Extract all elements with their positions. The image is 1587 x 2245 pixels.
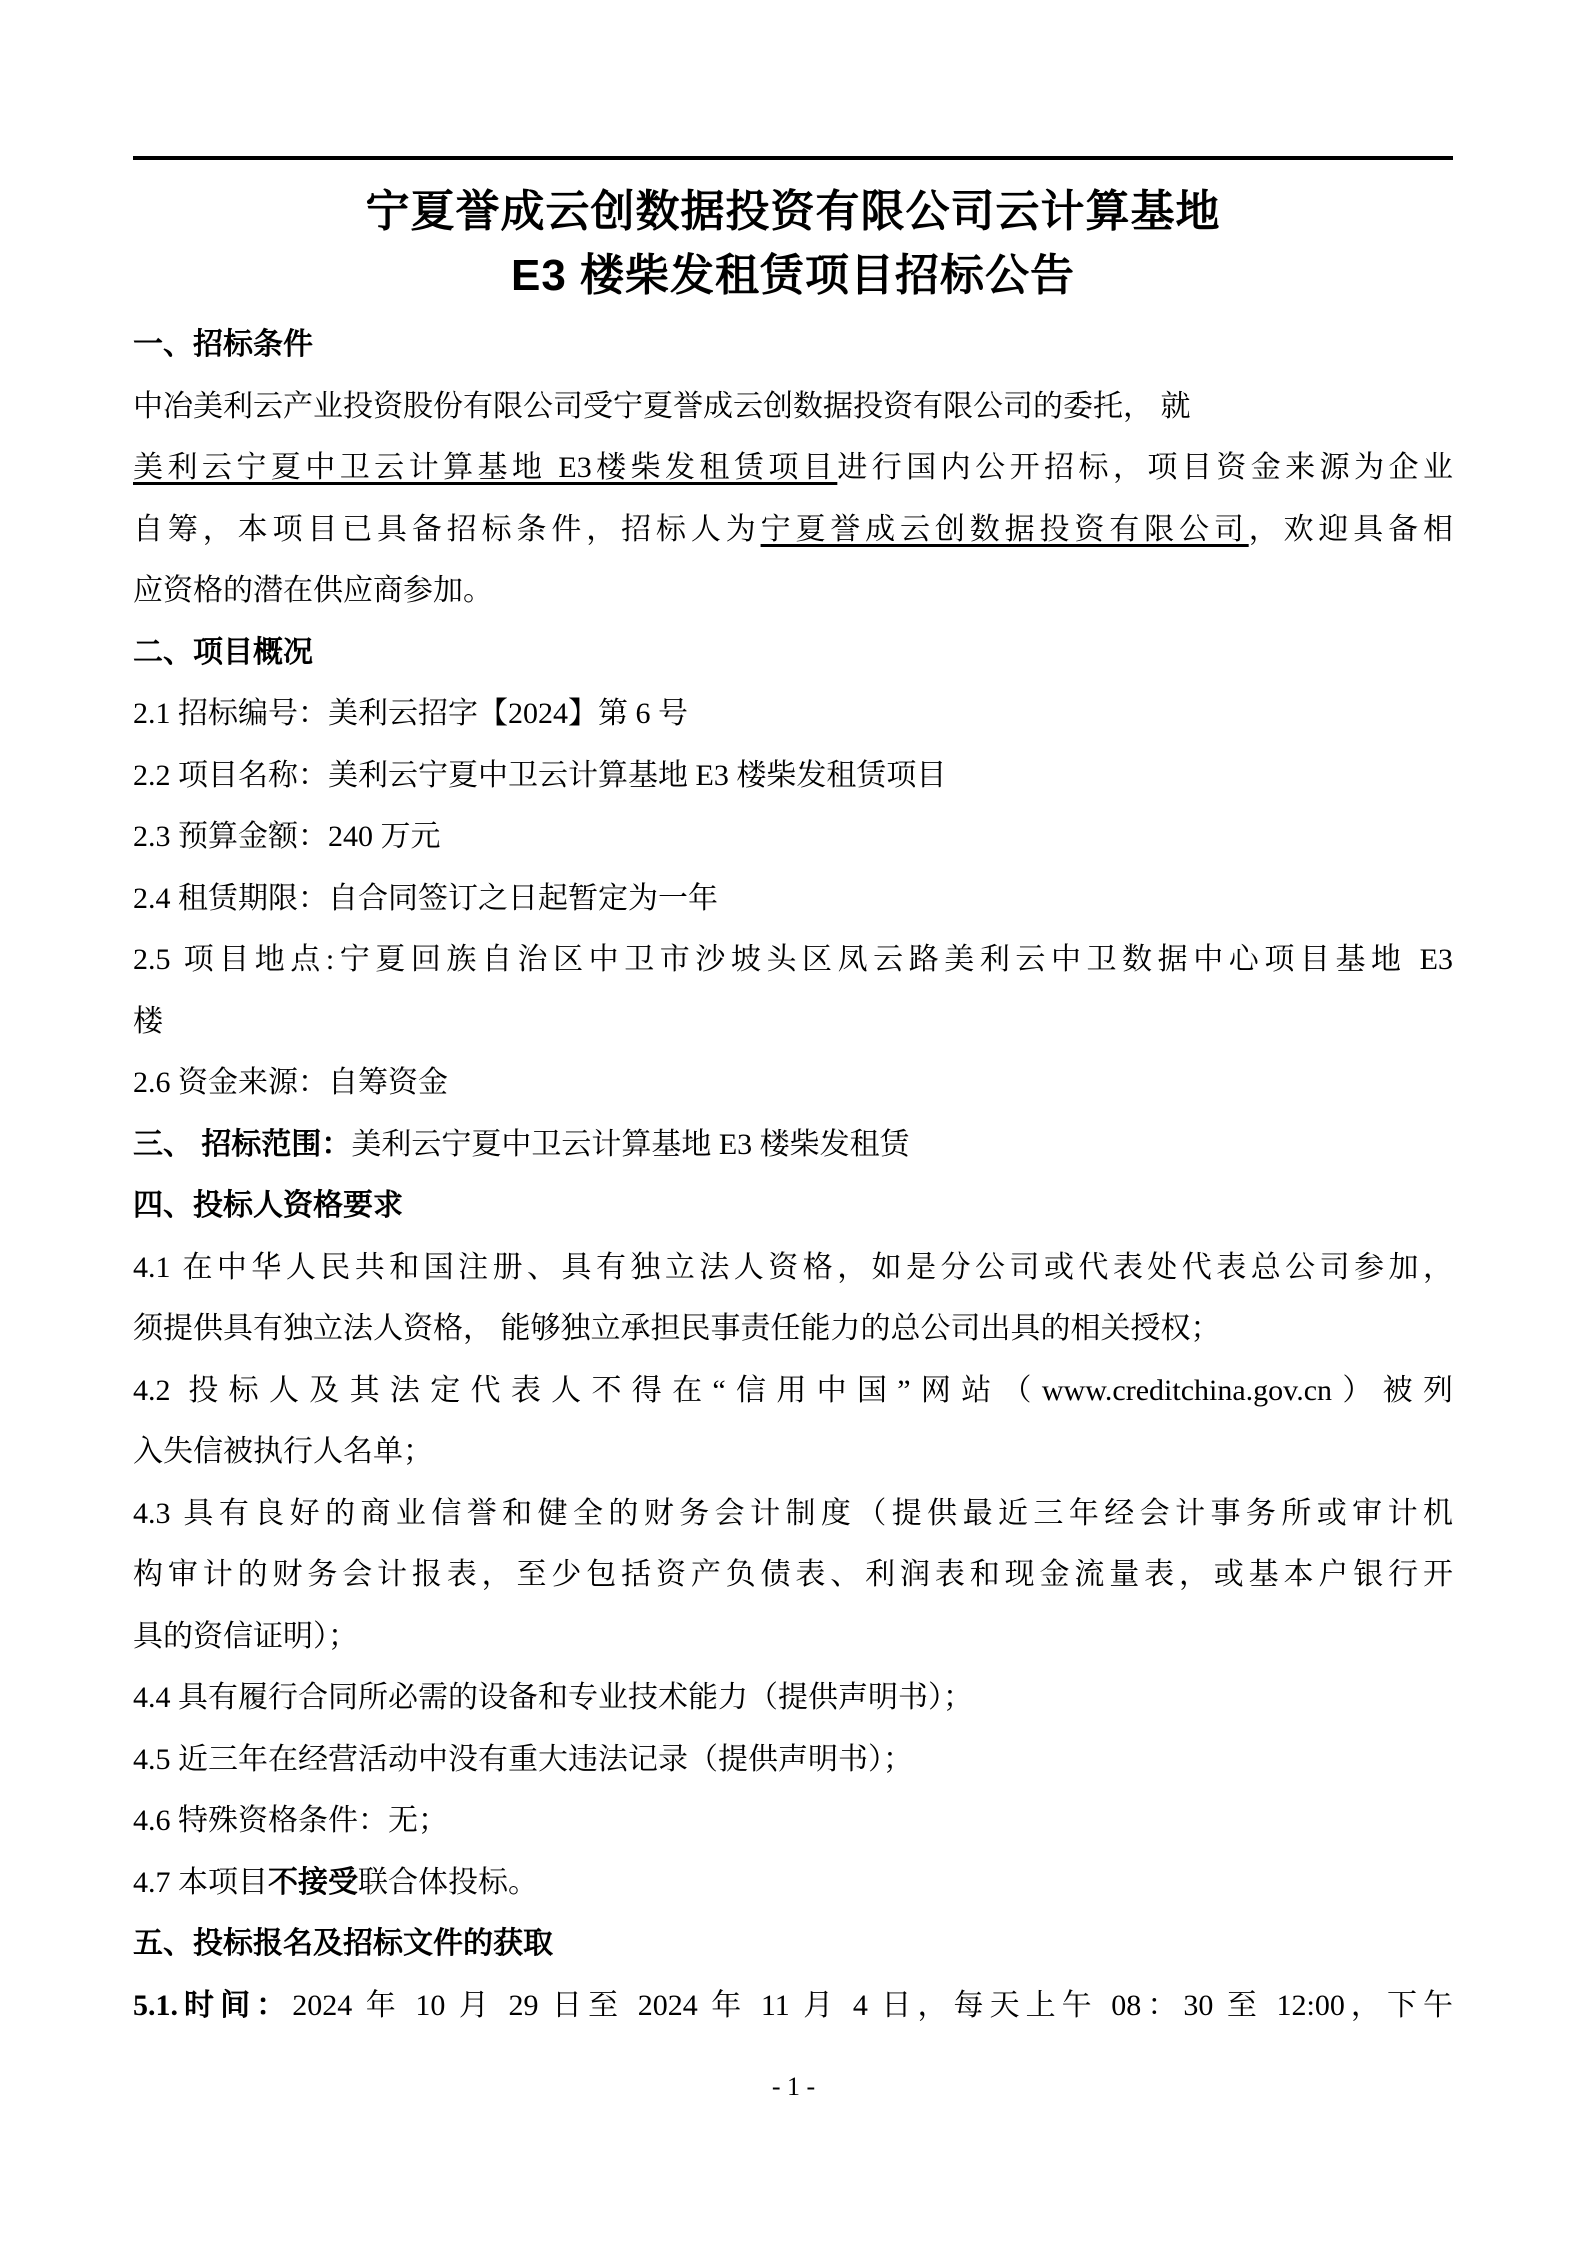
section3-line: 三、 招标范围：美利云宁夏中卫云计算基地 E3 楼柴发租赁 (133, 1114, 1453, 1176)
section2-item-2-4: 2.4 租赁期限：自合同签订之日起暂定为一年 (133, 868, 1453, 930)
section4-item-4-2-line2: 入失信被执行人名单； (133, 1421, 1453, 1483)
section3-heading-label: 三、 招标范围： (133, 1128, 351, 1161)
section1-paragraph-line2: 美利云宁夏中卫云计算基地 E3楼柴发租赁项目进行国内公开招标，项目资金来源为企业 (133, 437, 1453, 499)
section4-item-4-6: 4.6 特殊资格条件：无； (133, 1790, 1453, 1852)
section4-item-4-1-line2: 须提供具有独立法人资格， 能够独立承担民事责任能力的总公司出具的相关授权； (133, 1298, 1453, 1360)
section2-item-2-2: 2.2 项目名称：美利云宁夏中卫云计算基地 E3 楼柴发租赁项目 (133, 745, 1453, 807)
section3-value: 美利云宁夏中卫云计算基地 E3 楼柴发租赁 (351, 1128, 909, 1161)
section5-item-5-1-line1: 5.1.时间：2024 年 10 月 29 日至 2024 年 11 月 4 日… (133, 1975, 1453, 2037)
section2-item-2-5: 2.5 项目地点:宁夏回族自治区中卫市沙坡头区凤云路美利云中卫数据中心项目基地 … (133, 929, 1453, 991)
section4-item-4-3-line1: 4.3 具有良好的商业信誉和健全的财务会计制度（提供最近三年经会计事务所或审计机 (133, 1483, 1453, 1545)
paragraph-text: ，欢迎具备相 (1249, 513, 1453, 546)
section4-item-4-2-line1: 4.2 投标人及其法定代表人不得在“信用中国”网站（www.creditchin… (133, 1360, 1453, 1422)
section4-heading: 四、投标人资格要求 (133, 1175, 1453, 1237)
document-body: 一、招标条件 中冶美利云产业投资股份有限公司受宁夏誉成云创数据投资有限公司的委托… (133, 314, 1453, 2036)
item-4-7-text: 联合体投标。 (358, 1866, 538, 1899)
section2-item-2-5-continuation: 楼 (133, 991, 1453, 1053)
section2-item-2-6: 2.6 资金来源：自筹资金 (133, 1052, 1453, 1114)
section4-item-4-5: 4.5 近三年在经营活动中没有重大违法记录（提供声明书）； (133, 1729, 1453, 1791)
section1-paragraph-line3: 自筹，本项目已具备招标条件，招标人为宁夏誉成云创数据投资有限公司，欢迎具备相 (133, 499, 1453, 561)
document-title-line2: E3 楼柴发租赁项目招标公告 (133, 244, 1453, 308)
section1-paragraph-line1: 中冶美利云产业投资股份有限公司受宁夏誉成云创数据投资有限公司的委托， 就 (133, 376, 1453, 438)
document-title: 宁夏誉成云创数据投资有限公司云计算基地 E3 楼柴发租赁项目招标公告 (133, 180, 1453, 308)
section4-item-4-7: 4.7 本项目不接受联合体投标。 (133, 1852, 1453, 1914)
document-page: 宁夏誉成云创数据投资有限公司云计算基地 E3 楼柴发租赁项目招标公告 一、招标条… (0, 0, 1587, 2245)
section2-item-2-1: 2.1 招标编号：美利云招字【2024】第 6 号 (133, 683, 1453, 745)
section2-heading: 二、项目概况 (133, 622, 1453, 684)
item-4-7-text: 4.7 本项目 (133, 1866, 268, 1899)
item-4-7-bold-text: 不接受 (268, 1866, 358, 1899)
section4-item-4-3-line3: 具的资信证明）； (133, 1606, 1453, 1668)
header-rule (133, 156, 1453, 160)
section1-heading: 一、招标条件 (133, 314, 1453, 376)
section4-item-4-3-line2: 构审计的财务会计报表，至少包括资产负债表、利润表和现金流量表，或基本户银行开 (133, 1544, 1453, 1606)
item-5-1-label: 5.1.时间： (133, 1989, 292, 2022)
section2-item-2-3: 2.3 预算金额：240 万元 (133, 806, 1453, 868)
paragraph-text: 自筹，本项目已具备招标条件，招标人为 (133, 513, 761, 546)
item-5-1-text: 2024 年 10 月 29 日至 2024 年 11 月 4 日，每天上午 0… (292, 1989, 1453, 2022)
document-title-line1: 宁夏誉成云创数据投资有限公司云计算基地 (133, 180, 1453, 244)
underlined-tenderee-name: 宁夏誉成云创数据投资有限公司 (761, 513, 1249, 546)
underlined-project-name: 美利云宁夏中卫云计算基地 E3楼柴发租赁项目 (133, 451, 837, 484)
section4-item-4-1-line1: 4.1 在中华人民共和国注册、具有独立法人资格，如是分公司或代表处代表总公司参加… (133, 1237, 1453, 1299)
section4-item-4-4: 4.4 具有履行合同所必需的设备和专业技术能力（提供声明书）； (133, 1667, 1453, 1729)
page-number: - 1 - (0, 2072, 1587, 2102)
section5-heading: 五、投标报名及招标文件的获取 (133, 1913, 1453, 1975)
section1-paragraph-line4: 应资格的潜在供应商参加。 (133, 560, 1453, 622)
paragraph-text: 进行国内公开招标，项目资金来源为企业 (837, 451, 1453, 484)
